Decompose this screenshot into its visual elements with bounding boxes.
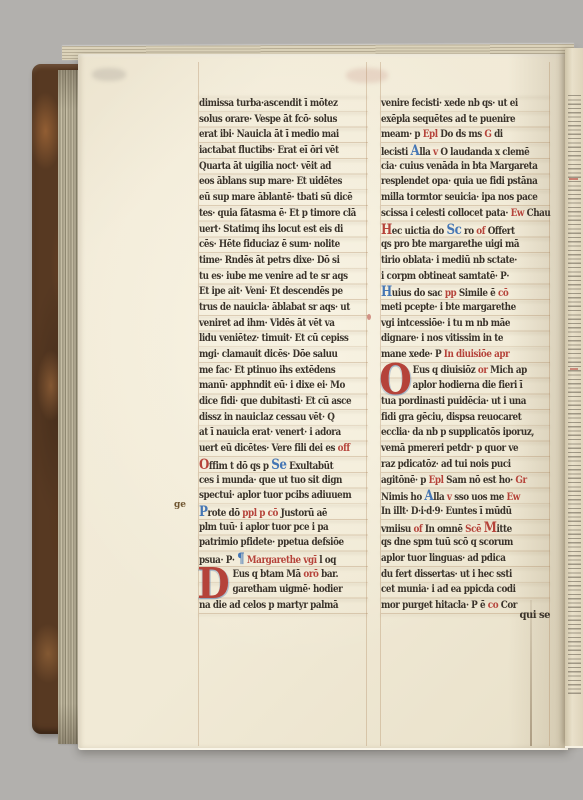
text-segment: Mich ap [488, 365, 527, 376]
facing-page-rubric-mark [569, 178, 578, 180]
text-line: fidi gra gēciu, dispsa reuocaret [381, 410, 550, 426]
text-segment: itte [497, 524, 512, 535]
text-segment: pp [445, 288, 456, 299]
text-segment: scissa i celesti collocet pata· [381, 208, 511, 219]
text-segment: Ew [511, 208, 524, 219]
text-segment: di [491, 129, 502, 140]
text-line: meti pcepte· i bte margarethe [381, 300, 550, 316]
text-line: ecclia· da nb p supplicatōs iporuz, [381, 425, 550, 441]
text-line: uert· Statimq ihs locut est eis di [199, 222, 368, 238]
text-line: qs dne spm tuū scō q scorum [381, 535, 550, 551]
text-segment: vgi intcessiōe· i tu m nb māe [381, 318, 510, 329]
text-line: Prote dō ppl p cō Justorū aē [199, 504, 368, 520]
text-segment: uert eū dicētes· Vere fili dei es [199, 443, 338, 454]
text-segment: Margarethe vgī [247, 555, 317, 566]
text-line: dice fidi· que dubitasti· Et cū asce [199, 394, 368, 410]
text-segment: milla tormtor seuicia· ipa nos pace [381, 192, 537, 203]
text-line: eos āblans sup mare· Et uidētes [199, 174, 368, 190]
text-segment: lecisti [381, 147, 411, 158]
text-line: cia· cuius venāda in bta Margareta [381, 159, 550, 175]
text-segment: off [338, 443, 350, 454]
text-segment: fidi gra gēciu, dispsa reuocaret [381, 412, 521, 423]
text-segment: rote dō [207, 508, 242, 519]
text-segment: ppl [242, 508, 256, 519]
text-segment: tes· quia fātasma ē· Et p timore clā [199, 208, 356, 219]
text-segment: dimissa turba·ascendit ī mōtez [199, 98, 338, 109]
text-segment: meti pcepte· i bte margarethe [381, 302, 516, 313]
text-line: tes· quia fātasma ē· Et p timore clā [199, 206, 368, 222]
text-segment: or [478, 365, 488, 376]
text-segment: patrimio pfidete· ppetua defsiōe [199, 537, 344, 548]
text-line: mgi· clamauit dicēs· Dōe saluu [199, 347, 368, 363]
text-segment: H [381, 222, 392, 238]
text-segment: ces i munda· que ut tuo sit dign [199, 475, 342, 486]
text-line: In illt· D·i·d·9· Euntes ī mūdū [381, 504, 550, 520]
text-segment: Sc [446, 222, 461, 238]
faint-folio-inscription [346, 68, 388, 83]
text-segment: lla [433, 492, 447, 503]
text-line: Quarta āt uigilia noct· vēit ad [199, 159, 368, 175]
text-line: Offim t dō qs p Se Exultabūt [199, 457, 368, 473]
text-segment: manū· apphndit eū· i dixe ei· Mo [199, 380, 345, 391]
text-line: dimissa turba·ascendit ī mōtez [199, 96, 368, 112]
text-segment: spectui· aplor tuor pcibs adiuuem [199, 490, 351, 501]
text-line: Et ipe ait· Veni· Et descendēs pe [199, 284, 368, 300]
marginal-note: ge [174, 500, 186, 510]
text-segment: orō [303, 569, 318, 580]
page-crease [530, 600, 532, 746]
text-segment: solus orare· Vespe āt fcō· solus [199, 114, 337, 125]
facing-page-edge [565, 48, 583, 748]
text-segment: me fac· Et ptinuo ihs extēdens [199, 365, 335, 376]
text-segment: cet munia· i ad ea ppicda codi [381, 584, 516, 595]
text-segment: i corpm obtineat samtatē· P· [381, 271, 509, 282]
drop-initial: O [379, 361, 411, 398]
text-segment: meam· p [381, 129, 423, 140]
text-segment: In illt· D·i·d·9· Euntes ī mūdū [381, 506, 512, 517]
text-line: Nimis ho Alla v sso uos me Ew [381, 488, 550, 504]
text-segment: dissz in nauiclaz cessau vēt· Q [199, 412, 335, 423]
text-segment: Simile ē [456, 288, 498, 299]
text-line: time· Rndēs āt petrs dixe· Dō si [199, 253, 368, 269]
text-segment: of [476, 226, 485, 237]
text-segment: Scē [465, 524, 481, 535]
text-segment: A [411, 143, 420, 159]
text-segment: vmiisu [381, 524, 413, 535]
text-line: du fert dissertas· ut i hec ssti [381, 567, 550, 583]
text-segment: Se [271, 457, 286, 473]
text-segment: at ī nauicla erat· venert· i adora [199, 427, 341, 438]
text-segment: garetham uigmē· hodier [232, 584, 342, 595]
text-segment: cēs· Hēte fiduciaz ē sum· nolite [199, 239, 340, 250]
text-line: plm tuū· i aplor tuor pce i pa [199, 520, 368, 536]
drop-initial: D [197, 565, 229, 602]
text-segment: In diuisiōe apr [444, 349, 510, 360]
text-segment: aplor hodierna die fieri ī [413, 380, 523, 391]
text-segment: qs pro bte margarethe uigi mā [381, 239, 519, 250]
text-segment: erat ibi· Nauicla āt ī medio mai [199, 129, 339, 140]
text-segment: Et ipe ait· Veni· Et descendēs pe [199, 286, 343, 297]
text-segment: resplendet opa· quia ue fidi pstāna [381, 176, 537, 187]
text-segment: Sam nō est ho· [444, 475, 516, 486]
text-line: milla tormtor seuicia· ipa nos pace [381, 190, 550, 206]
text-segment: Ew [506, 492, 519, 503]
text-line: aplor tuor linguas· ad pdica [381, 551, 550, 567]
text-line: exēpla sequētes ad te puenire [381, 112, 550, 128]
text-line: uert eū dicētes· Vere fili dei es off [199, 441, 368, 457]
text-segment: In omnē [422, 524, 465, 535]
text-line: tu es· iube me venire ad te sr aqs [199, 269, 368, 285]
text-segment: bar. [318, 569, 338, 580]
text-segment: H [381, 284, 392, 300]
text-line: cet munia· i ad ea ppicda codi [381, 582, 550, 598]
text-segment: lla [419, 147, 433, 158]
text-segment: trus de nauicla· āblabat sr aqs· ut [199, 302, 350, 313]
text-segment: Nimis ho [381, 492, 424, 503]
text-line: solus orare· Vespe āt fcō· solus [199, 112, 368, 128]
text-line: resplendet opa· quia ue fidi pstāna [381, 174, 550, 190]
text-segment: veniret ad ihm· Vidēs āt vēt va [199, 318, 335, 329]
text-segment: cia· cuius venāda in bta Margareta [381, 161, 538, 172]
text-segment: time· Rndēs āt petrs dixe· Dō si [199, 255, 339, 266]
text-line: agitōnē· p Epl Sam nō est ho· Gr [381, 473, 550, 489]
text-segment: du fert dissertas· ut i hec ssti [381, 569, 512, 580]
text-line: cēs· Hēte fiduciaz ē sum· nolite [199, 237, 368, 253]
text-line: iactabat fluctibs· Erat eī ōri vēt [199, 143, 368, 159]
text-line: qs pro bte margarethe uigi mā [381, 237, 550, 253]
text-line: tirio oblata· i mediū nb sctate· [381, 253, 550, 269]
text-segment: Epl [429, 475, 444, 486]
text-segment: M [484, 520, 497, 536]
text-line: manū· apphndit eū· i dixe ei· Mo [199, 378, 368, 394]
text-segment: cō [498, 288, 508, 299]
text-line: vmiisu of In omnē Scē Mitte [381, 520, 550, 536]
text-line: raz pdicatōz· ad tui nois puci [381, 457, 550, 473]
text-line: venire fecisti· xede nb qs· ut ei [381, 96, 550, 112]
text-segment: uert· Statimq ihs locut est eis di [199, 224, 343, 235]
manuscript-page: dimissa turba·ascendit ī mōtezsolus orar… [78, 54, 568, 750]
text-segment: Do ds ms [438, 129, 485, 140]
text-segment: lidu veniētez· timuit· Et cū cepiss [199, 333, 348, 344]
text-line: Hec uictia do Sc ro of Offert [381, 222, 550, 238]
pencil-smudge [92, 68, 126, 81]
text-segment: Exultabūt [286, 461, 333, 472]
text-line: spectui· aplor tuor pcibs adiuuem [199, 488, 368, 504]
text-segment: qs dne spm tuū scō q scorum [381, 537, 513, 548]
text-line: erat ibi· Nauicla āt ī medio mai [199, 127, 368, 143]
text-segment: dignare· i nos vitissim in te [381, 333, 503, 344]
text-line: vgi intcessiōe· i tu m nb māe [381, 316, 550, 332]
text-segment: P [199, 504, 207, 520]
facing-page-text-sliver [568, 95, 581, 695]
text-line: i corpm obtineat samtatē· P· [381, 269, 550, 285]
text-segment: O [199, 457, 209, 473]
text-segment: l oq [317, 555, 336, 566]
text-segment: plm tuū· i aplor tuor pce i pa [199, 522, 328, 533]
text-segment: Eus q btam Mā [232, 569, 303, 580]
text-line: dissz in nauiclaz cessau vēt· Q [199, 410, 368, 426]
text-segment: tirio oblata· i mediū nb sctate· [381, 255, 517, 266]
text-segment: dice fidi· que dubitasti· Et cū asce [199, 396, 351, 407]
text-line: dignare· i nos vitissim in te [381, 331, 550, 347]
text-segment: G [484, 129, 491, 140]
text-segment: ec uictia do [392, 226, 447, 237]
text-segment: p cō [257, 508, 281, 519]
text-line: meam· p Epl Do ds ms G di [381, 127, 550, 143]
text-segment: Chau [524, 208, 550, 219]
text-column-right: venire fecisti· xede nb qs· ut eiexēpla … [381, 96, 550, 614]
text-segment: mgi· clamauit dicēs· Dōe saluu [199, 349, 338, 360]
text-line: patrimio pfidete· ppetua defsiōe [199, 535, 368, 551]
text-segment: Epl [423, 129, 438, 140]
text-segment: iactabat fluctibs· Erat eī ōri vēt [199, 145, 339, 156]
text-segment: Justorū aē [281, 508, 327, 519]
facing-page-rubric-mark [570, 368, 578, 370]
text-line: trus de nauicla· āblabat sr aqs· ut [199, 300, 368, 316]
text-line: eū sup mare āblantē· tbati sū dicē [199, 190, 368, 206]
text-line: lidu veniētez· timuit· Et cū cepiss [199, 331, 368, 347]
text-column-left: dimissa turba·ascendit ī mōtezsolus orar… [199, 96, 368, 614]
text-segment: Offert [485, 226, 515, 237]
text-line: lecisti Alla v O laudanda x clemē [381, 143, 550, 159]
text-segment: raz pdicatōz· ad tui nois puci [381, 459, 511, 470]
text-segment: ro [461, 226, 476, 237]
text-segment: vemā pmereri petdr· p quor ve [381, 443, 518, 454]
text-segment: venire fecisti· xede nb qs· ut ei [381, 98, 518, 109]
text-segment: Gr [515, 475, 526, 486]
text-line: vemā pmereri petdr· p quor ve [381, 441, 550, 457]
text-segment: eos āblans sup mare· Et uidētes [199, 176, 342, 187]
text-segment: sso uos me [452, 492, 507, 503]
text-segment: aplor tuor linguas· ad pdica [381, 553, 506, 564]
text-segment: of [413, 524, 422, 535]
text-line: at ī nauicla erat· venert· i adora [199, 425, 368, 441]
text-segment: agitōnē· p [381, 475, 429, 486]
text-line: ces i munda· que ut tuo sit dign [199, 473, 368, 489]
text-segment: A [424, 488, 433, 504]
text-segment: Quarta āt uigilia noct· vēit ad [199, 161, 331, 172]
text-segment: uius do sac [392, 288, 445, 299]
text-line: veniret ad ihm· Vidēs āt vēt va [199, 316, 368, 332]
text-line: scissa i celesti collocet pata· Ew Chau [381, 206, 550, 222]
text-segment: Eus q diuisiōz [413, 365, 478, 376]
text-segment: ffim t dō qs p [209, 461, 271, 472]
text-segment: O laudanda x clemē [438, 147, 530, 158]
text-line: Huius do sac pp Simile ē cō [381, 284, 550, 300]
text-segment: eū sup mare āblantē· tbati sū dicē [199, 192, 352, 203]
text-segment: tu es· iube me venire ad te sr aqs [199, 271, 348, 282]
catchword: qui se [381, 610, 550, 621]
text-segment: exēpla sequētes ad te puenire [381, 114, 515, 125]
text-segment: ecclia· da nb p supplicatōs iporuz, [381, 427, 534, 438]
text-line: me fac· Et ptinuo ihs extēdens [199, 363, 368, 379]
